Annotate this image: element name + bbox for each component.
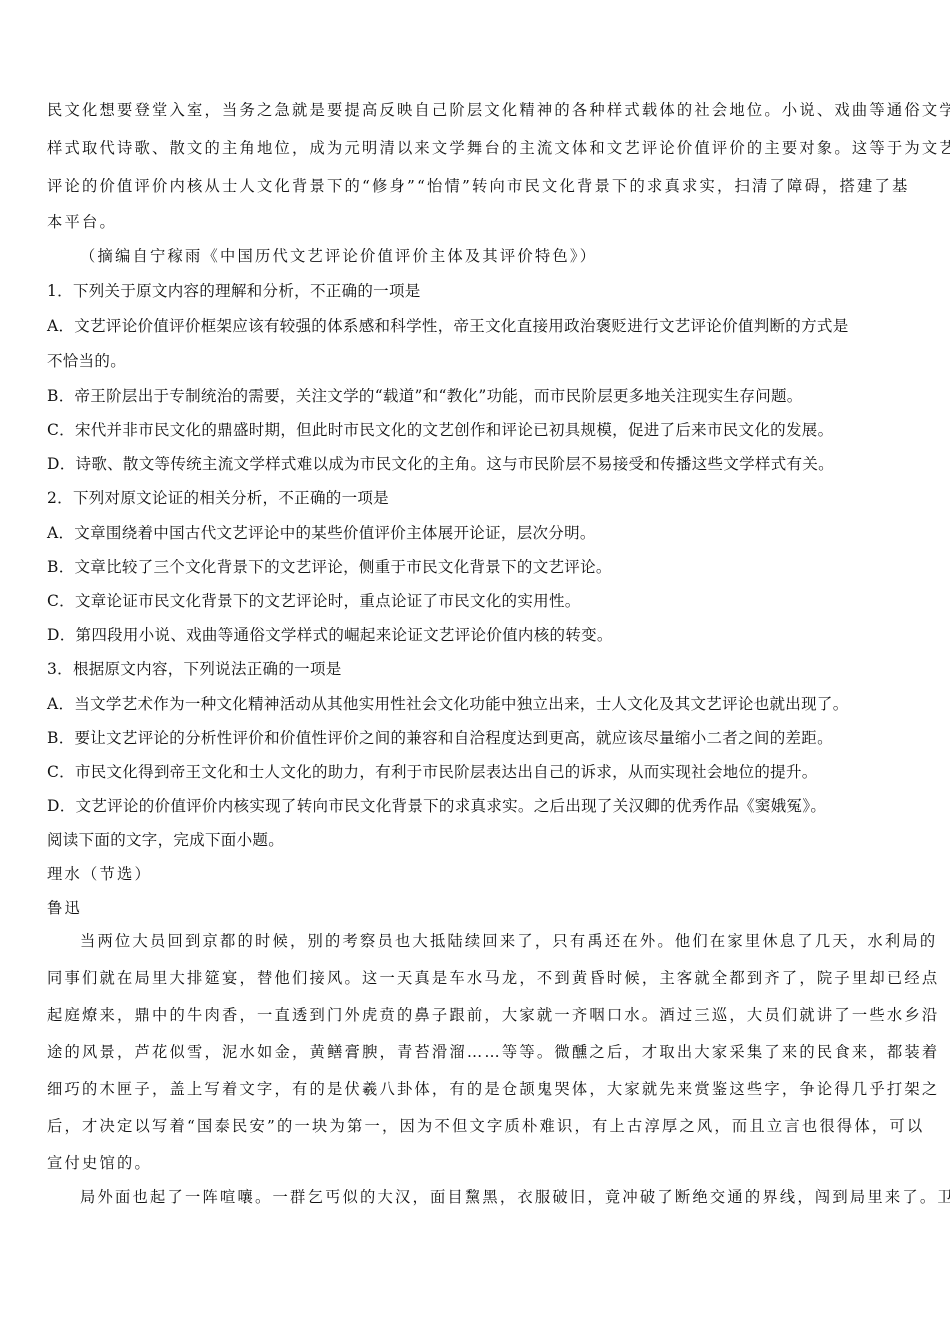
story-line: 局外面也起了一阵喧嚷。一群乞丐似的大汉，面目黧黑，衣服破旧，竟冲破了断绝交通的界… [80,1187,950,1207]
question-1-option-b: B．帝王阶层出于专制统治的需要，关注文学的“载道”和“教化”功能，而市民阶层更多… [47,386,803,406]
story-line: 同事们就在局里大排筵宴，替他们接风。这一天真是车水马龙，不到黄昏时候，主客就全都… [47,968,939,988]
reading-instruction: 阅读下面的文字，完成下面小题。 [47,830,284,850]
story-line: 起庭燎来，鼎中的牛肉香，一直透到门外虎贲的鼻子跟前，大家就一齐咽口水。酒过三巡，… [47,1005,939,1025]
question-2-stem: 2．下列对原文论证的相关分析，不正确的一项是 [47,488,389,508]
question-2-option-d: D．第四段用小说、戏曲等通俗文学样式的崛起来论证文艺评论价值内核的转变。 [47,625,613,645]
question-1-option-a-cont: 不恰当的。 [47,351,126,371]
question-1-option-d: D．诗歌、散文等传统主流文学样式难以成为市民文化的主角。这与市民阶层不易接受和传… [47,454,834,474]
question-1-option-c: C．宋代并非市民文化的鼎盛时期，但此时市民文化的文艺创作和评论已初具规模，促进了… [47,420,833,440]
question-3-option-d: D．文艺评论的价值评价内核实现了转向市民文化背景下的求真求实。之后出现了关汉卿的… [47,796,826,816]
question-3-stem: 3．根据原文内容，下列说法正确的一项是 [47,659,342,679]
question-2-option-a: A．文章围绕着中国古代文艺评论中的某些价值评价主体展开论证，层次分明。 [47,523,596,543]
question-1-stem: 1．下列关于原文内容的理解和分析，不正确的一项是 [47,281,421,301]
question-2-option-b: B．文章比较了三个文化背景下的文艺评论，侧重于市民文化背景下的文艺评论。 [47,557,612,577]
story-line: 途的风景，芦花似雪，泥水如金，黄鳝膏腴，青苔滑溜……等等。微醺之后，才取出大家采… [47,1042,939,1062]
story-line: 当两位大员回到京都的时候，别的考察员也大抵陆续回来了，只有禹还在外。他们在家里休… [80,931,937,951]
question-3-option-a: A．当文学艺术作为一种文化精神活动从其他实用性社会文化功能中独立出来，士人文化及… [47,694,849,714]
passage-line: 样式取代诗歌、散文的主角地位，成为元明清以来文学舞台的主流文体和文艺评论价值评价… [47,138,950,158]
story-author: 鲁迅 [47,898,82,918]
passage-line: 民文化想要登堂入室，当务之急就是要提高反映自己阶层文化精神的各种样式载体的社会地… [47,100,950,120]
question-1-option-a: A．文艺评论价值评价框架应该有较强的体系感和科学性，帝王文化直接用政治褒贬进行文… [47,316,849,336]
passage-line: 评论的价值评价内核从士人文化背景下的“修身”“怡情”转向市民文化背景下的求真求实… [47,176,909,196]
source-citation: （摘编自宁稼雨《中国历代文艺评论价值评价主体及其评价特色》） [80,246,597,266]
question-3-option-b: B．要让文艺评论的分析性评价和价值性评价之间的兼容和自洽程度达到更高，就应该尽量… [47,728,833,748]
story-line: 宣付史馆的。 [47,1153,152,1173]
passage-line: 本平台。 [47,212,117,232]
question-2-option-c: C．文章论证市民文化背景下的文艺评论时，重点论证了市民文化的实用性。 [47,591,581,611]
story-line: 后，才决定以写着“国泰民安”的一块为第一，因为不但文字质朴难识，有上古淳厚之风，… [47,1116,924,1136]
story-title: 理水（节选） [47,864,152,884]
question-3-option-c: C．市民文化得到帝王文化和士人文化的助力，有利于市民阶层表达出自己的诉求，从而实… [47,762,818,782]
story-line: 细巧的木匣子，盖上写着文字，有的是伏羲八卦体，有的是仓颉鬼哭体，大家就先来赏鉴这… [47,1079,939,1099]
